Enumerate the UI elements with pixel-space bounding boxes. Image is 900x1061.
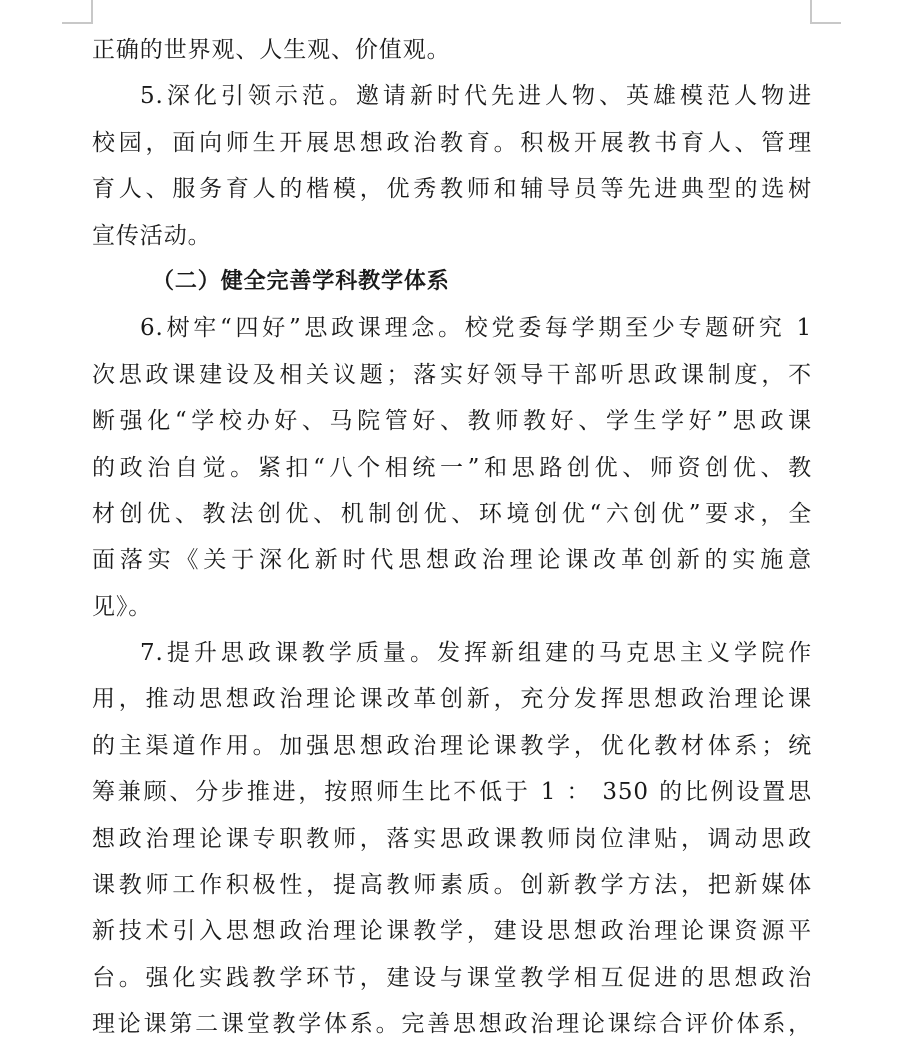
text-line: 理论课第二课堂教学体系。完善思想政治理论课综合评价体系， [92, 1001, 812, 1047]
text-line: 的政治自觉。紧扣“八个相统一”和思路创优、师资创优、教 [92, 445, 812, 491]
page-corner-mark-right-horizontal [810, 22, 841, 24]
text-line: 的主渠道作用。加强思想政治理论课教学，优化教材体系；统 [92, 723, 812, 769]
page-corner-mark-left-vertical [91, 0, 93, 23]
paragraph-6-start: 6.树牢“四好”思政课理念。校党委每学期至少专题研究 1 [92, 305, 812, 351]
paragraph-7-start: 7.提升思政课教学质量。发挥新组建的马克思主义学院作 [92, 630, 812, 676]
text-line: 次思政课建设及相关议题；落实好领导干部听思政课制度，不 [92, 352, 812, 398]
text-line: 见》。 [92, 584, 812, 630]
page-corner-mark-left-horizontal [62, 22, 93, 24]
text-line: 校园，面向师生开展思想政治教育。积极开展教书育人、管理 [92, 120, 812, 166]
paragraph-5-start: 5.深化引领示范。邀请新时代先进人物、英雄模范人物进 [92, 73, 812, 119]
page-corner-mark-right-vertical [810, 0, 812, 23]
text-line: 断强化“学校办好、马院管好、教师教好、学生学好”思政课 [92, 398, 812, 444]
text-line: 正确的世界观、人生观、价值观。 [92, 27, 812, 73]
text-line: 育人、服务育人的楷模，优秀教师和辅导员等先进典型的选树 [92, 166, 812, 212]
document-page: 正确的世界观、人生观、价值观。 5.深化引领示范。邀请新时代先进人物、英雄模范人… [92, 27, 812, 1048]
text-line: 筹兼顾、分步推进，按照师生比不低于 1 ： 350 的比例设置思 [92, 769, 812, 815]
section-heading: （二）健全完善学科教学体系 [92, 259, 812, 305]
text-line: 宣传活动。 [92, 213, 812, 259]
text-line: 用，推动思想政治理论课改革创新，充分发挥思想政治理论课 [92, 676, 812, 722]
text-line: 面落实《关于深化新时代思想政治理论课改革创新的实施意 [92, 537, 812, 583]
text-line: 材创优、教法创优、机制创优、环境创优“六创优”要求，全 [92, 491, 812, 537]
text-line: 新技术引入思想政治理论课教学，建设思想政治理论课资源平 [92, 908, 812, 954]
text-line: 台。强化实践教学环节，建设与课堂教学相互促进的思想政治 [92, 955, 812, 1001]
text-line: 课教师工作积极性，提高教师素质。创新教学方法，把新媒体 [92, 862, 812, 908]
text-line: 想政治理论课专职教师，落实思政课教师岗位津贴，调动思政 [92, 816, 812, 862]
